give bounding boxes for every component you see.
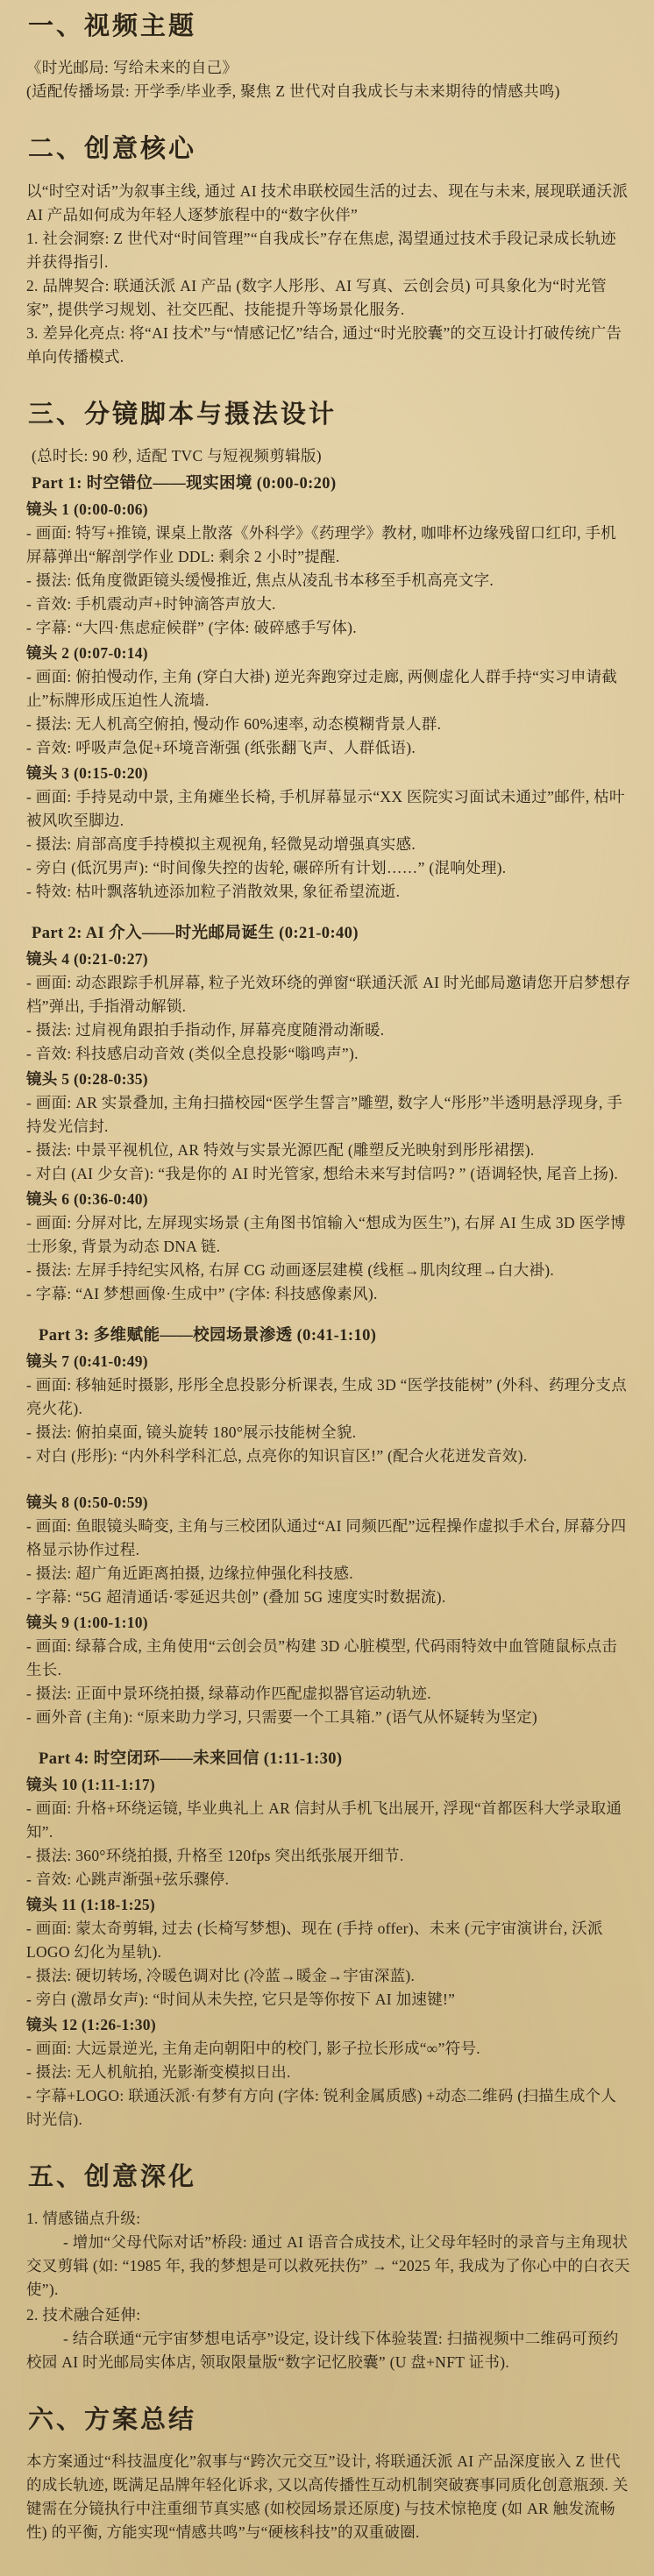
shot-1-line: - 字幕: “大四·焦虑症候群” (字体: 破碎感手写体).: [26, 616, 631, 640]
shot-5-line: - 画面: AR 实景叠加, 主角扫描校园“医学生誓言”雕塑, 数字人“彤彤”半…: [26, 1091, 631, 1139]
shot-11-line: - 旁白 (激昂女声): “时间从未失控, 它只是等你按下 AI 加速键!”: [26, 1988, 631, 2012]
deepen-item-2-detail: - 结合联通“元宇宙梦想电话亭”设定, 设计线下体验装置: 扫描视频中二维码可预…: [26, 2327, 631, 2374]
shot-8-line: - 摄法: 超广角近距离拍摄, 边缘拉伸强化科技感.: [26, 1562, 631, 1586]
shot-1-title: 镜头 1 (0:00-0:06): [26, 498, 631, 522]
section-2-body: 以“时空对话”为叙事主线, 通过 AI 技术串联校园生活的过去、现在与未来, 展…: [26, 180, 631, 369]
shot-10-title: 镜头 10 (1:11-1:17): [26, 1773, 631, 1797]
part-2-shots: 镜头 4 (0:21-0:27) - 画面: 动态跟踪手机屏幕, 粒子光效环绕的…: [26, 947, 631, 1306]
shot-4-line: - 摄法: 过肩视角跟拍手指动作, 屏幕亮度随滑动渐暖.: [26, 1018, 631, 1042]
shot-3-line: - 特效: 枯叶飘落轨迹添加粒子消散效果, 象征希望流逝.: [26, 880, 631, 904]
section-1-body: 《时光邮局: 写给未来的自己》 (适配传播场景: 开学季/毕业季, 聚焦 Z 世…: [26, 56, 631, 103]
shot-12-line: - 画面: 大远景逆光, 主角走向朝阳中的校门, 影子拉长形成“∞”符号.: [26, 2037, 631, 2061]
shot-3-line: - 摄法: 肩部高度手持模拟主观视角, 轻微晃动增强真实感.: [26, 833, 631, 856]
shot-12-line: - 摄法: 无人机航拍, 光影渐变模拟日出.: [26, 2061, 631, 2084]
shot-9-line: - 画外音 (主角): “原来助力学习, 只需要一个工具箱.” (语气从怀疑转为…: [26, 1706, 631, 1729]
shot-6-title: 镜头 6 (0:36-0:40): [26, 1188, 631, 1211]
creative-core-item: 2. 品牌契合: 联通沃派 AI 产品 (数字人彤彤、AI 写真、云创会员) 可…: [26, 274, 631, 322]
shot-8-title: 镜头 8 (0:50-0:59): [26, 1491, 631, 1515]
shot-1-line: - 音效: 手机震动声+时钟滴答声放大.: [26, 593, 631, 616]
shot-10-line: - 画面: 升格+环绕运镜, 毕业典礼上 AR 信封从手机飞出展开, 浮现“首都…: [26, 1797, 631, 1844]
creative-core-item: 1. 社会洞察: Z 世代对“时间管理”“自我成长”存在焦虑, 渴望通过技术手段…: [26, 227, 631, 274]
creative-core-intro: 以“时空对话”为叙事主线, 通过 AI 技术串联校园生活的过去、现在与未来, 展…: [26, 180, 631, 227]
shot-5-line: - 摄法: 中景平视机位, AR 特效与实景光源匹配 (雕塑反光映射到彤彤裙摆)…: [26, 1139, 631, 1162]
shot-3-title: 镜头 3 (0:15-0:20): [26, 762, 631, 785]
section-6-heading: 六、方案总结: [28, 2404, 631, 2436]
shot-7-line: - 对白 (彤彤): “内外科学科汇总, 点亮你的知识盲区!” (配合火花迸发音…: [26, 1444, 631, 1468]
shot-4-title: 镜头 4 (0:21-0:27): [26, 947, 631, 971]
shot-2-line: - 画面: 俯拍慢动作, 主角 (穿白大褂) 逆光奔跑穿过走廊, 两侧虚化人群手…: [26, 665, 631, 713]
part-4-title: Part 4: 时空闭环——未来回信 (1:11-1:30): [39, 1747, 631, 1771]
scanned-script-document: 一、视频主题 《时光邮局: 写给未来的自己》 (适配传播场景: 开学季/毕业季,…: [0, 0, 654, 2576]
shot-8-line: - 字幕: “5G 超清通话·零延迟共创” (叠加 5G 速度实时数据流).: [26, 1586, 631, 1609]
part-4-shots: 镜头 10 (1:11-1:17) - 画面: 升格+环绕运镜, 毕业典礼上 A…: [26, 1773, 631, 2132]
shot-6-line: - 字幕: “AI 梦想画像·生成中” (字体: 科技感像素风).: [26, 1282, 631, 1306]
shot-12-title: 镜头 12 (1:26-1:30): [26, 2013, 631, 2037]
part-1-title: Part 1: 时空错位——现实困境 (0:00-0:20): [32, 472, 631, 496]
deepen-item-1-detail: - 增加“父母代际对话”桥段: 通过 AI 语音合成技术, 让父母年轻时的录音与…: [26, 2231, 631, 2302]
part-1-shots: 镜头 1 (0:00-0:06) - 画面: 特写+推镜, 课桌上散落《外科学》…: [26, 498, 631, 904]
deepen-item-1-head: 1. 情感锚点升级:: [26, 2207, 631, 2231]
shot-11-title: 镜头 11 (1:18-1:25): [26, 1893, 631, 1917]
shot-3-line: - 旁白 (低沉男声): “时间像失控的齿轮, 碾碎所有计划……” (混响处理)…: [26, 856, 631, 880]
shot-2-title: 镜头 2 (0:07-0:14): [26, 642, 631, 665]
storyboard-duration-note: (总时长: 90 秒, 适配 TVC 与短视频剪辑版): [32, 444, 631, 468]
shot-11-line: - 画面: 蒙太奇剪辑, 过去 (长椅写梦想)、现在 (手持 offer)、未来…: [26, 1917, 631, 1964]
video-title-line: 《时光邮局: 写给未来的自己》: [26, 56, 631, 80]
shot-12-line: - 字幕+LOGO: 联通沃派·有梦有方向 (字体: 锐利金属质感) +动态二维…: [26, 2084, 631, 2132]
section-1-heading: 一、视频主题: [28, 11, 631, 42]
section-2-heading: 二、创意核心: [28, 133, 631, 165]
section-6-body: 本方案通过“科技温度化”叙事与“跨次元交互”设计, 将联通沃派 AI 产品深度嵌…: [26, 2450, 631, 2544]
part-3-shots: 镜头 7 (0:41-0:49) - 画面: 移轴延时摄影, 彤彤全息投影分析课…: [26, 1350, 631, 1729]
creative-core-item: 3. 差异化亮点: 将“AI 技术”与“情感记忆”结合, 通过“时光胶囊”的交互…: [26, 322, 631, 369]
shot-5-line: - 对白 (AI 少女音): “我是你的 AI 时光管家, 想给未来写封信吗? …: [26, 1162, 631, 1186]
shot-4-line: - 画面: 动态跟踪手机屏幕, 粒子光效环绕的弹窗“联通沃派 AI 时光邮局邀请…: [26, 971, 631, 1018]
video-scene-line: (适配传播场景: 开学季/毕业季, 聚焦 Z 世代对自我成长与未来期待的情感共鸣…: [26, 80, 631, 103]
shot-1-line: - 画面: 特写+推镜, 课桌上散落《外科学》《药理学》教材, 咖啡杯边缘残留口…: [26, 522, 631, 569]
shot-10-line: - 摄法: 360°环绕拍摄, 升格至 120fps 突出纸张展开细节.: [26, 1844, 631, 1868]
shot-5-title: 镜头 5 (0:28-0:35): [26, 1068, 631, 1091]
deepen-item-2-head: 2. 技术融合延伸:: [26, 2303, 631, 2327]
shot-2-line: - 摄法: 无人机高空俯拍, 慢动作 60%速率, 动态模糊背景人群.: [26, 713, 631, 736]
shot-11-line: - 摄法: 硬切转场, 冷暖色调对比 (冷蓝→暖金→宇宙深蓝).: [26, 1964, 631, 1988]
shot-9-line: - 画面: 绿幕合成, 主角使用“云创会员”构建 3D 心脏模型, 代码雨特效中…: [26, 1635, 631, 1682]
shot-9-title: 镜头 9 (1:00-1:10): [26, 1611, 631, 1635]
shot-6-line: - 画面: 分屏对比, 左屏现实场景 (主角图书馆输入“想成为医生”), 右屏 …: [26, 1211, 631, 1259]
summary-paragraph: 本方案通过“科技温度化”叙事与“跨次元交互”设计, 将联通沃派 AI 产品深度嵌…: [26, 2450, 631, 2544]
shot-6-line: - 摄法: 左屏手持纪实风格, 右屏 CG 动画逐层建模 (线框→肌肉纹理→白大…: [26, 1259, 631, 1282]
shot-7-line: - 画面: 移轴延时摄影, 彤彤全息投影分析课表, 生成 3D “医学技能树” …: [26, 1373, 631, 1421]
section-3-heading: 三、分镜脚本与摄法设计: [28, 399, 631, 430]
shot-9-line: - 摄法: 正面中景环绕拍摄, 绿幕动作匹配虚拟器官运动轨迹.: [26, 1682, 631, 1706]
section-3-body: (总时长: 90 秒, 适配 TVC 与短视频剪辑版) Part 1: 时空错位…: [26, 444, 631, 2132]
shot-3-line: - 画面: 手持晃动中景, 主角瘫坐长椅, 手机屏幕显示“XX 医院实习面试未通…: [26, 785, 631, 833]
shot-7-line: - 摄法: 俯拍桌面, 镜头旋转 180°展示技能树全貌.: [26, 1421, 631, 1444]
shot-7-title: 镜头 7 (0:41-0:49): [26, 1350, 631, 1373]
shot-1-line: - 摄法: 低角度微距镜头缓慢推近, 焦点从凌乱书本移至手机高亮文字.: [26, 569, 631, 593]
shot-4-line: - 音效: 科技感启动音效 (类似全息投影“嗡鸣声”).: [26, 1042, 631, 1066]
shot-8-line: - 画面: 鱼眼镜头畸变, 主角与三校团队通过“AI 同频匹配”远程操作虚拟手术…: [26, 1515, 631, 1562]
shot-10-line: - 音效: 心跳声渐强+弦乐骤停.: [26, 1868, 631, 1891]
section-5-heading: 五、创意深化: [28, 2161, 631, 2193]
section-5-body: 1. 情感锚点升级: - 增加“父母代际对话”桥段: 通过 AI 语音合成技术,…: [26, 2207, 631, 2374]
part-3-title: Part 3: 多维赋能——校园场景渗透 (0:41-1:10): [39, 1323, 631, 1348]
shot-2-line: - 音效: 呼吸声急促+环境音渐强 (纸张翻飞声、人群低语).: [26, 736, 631, 760]
part-2-title: Part 2: AI 介入——时光邮局诞生 (0:21-0:40): [32, 921, 631, 946]
